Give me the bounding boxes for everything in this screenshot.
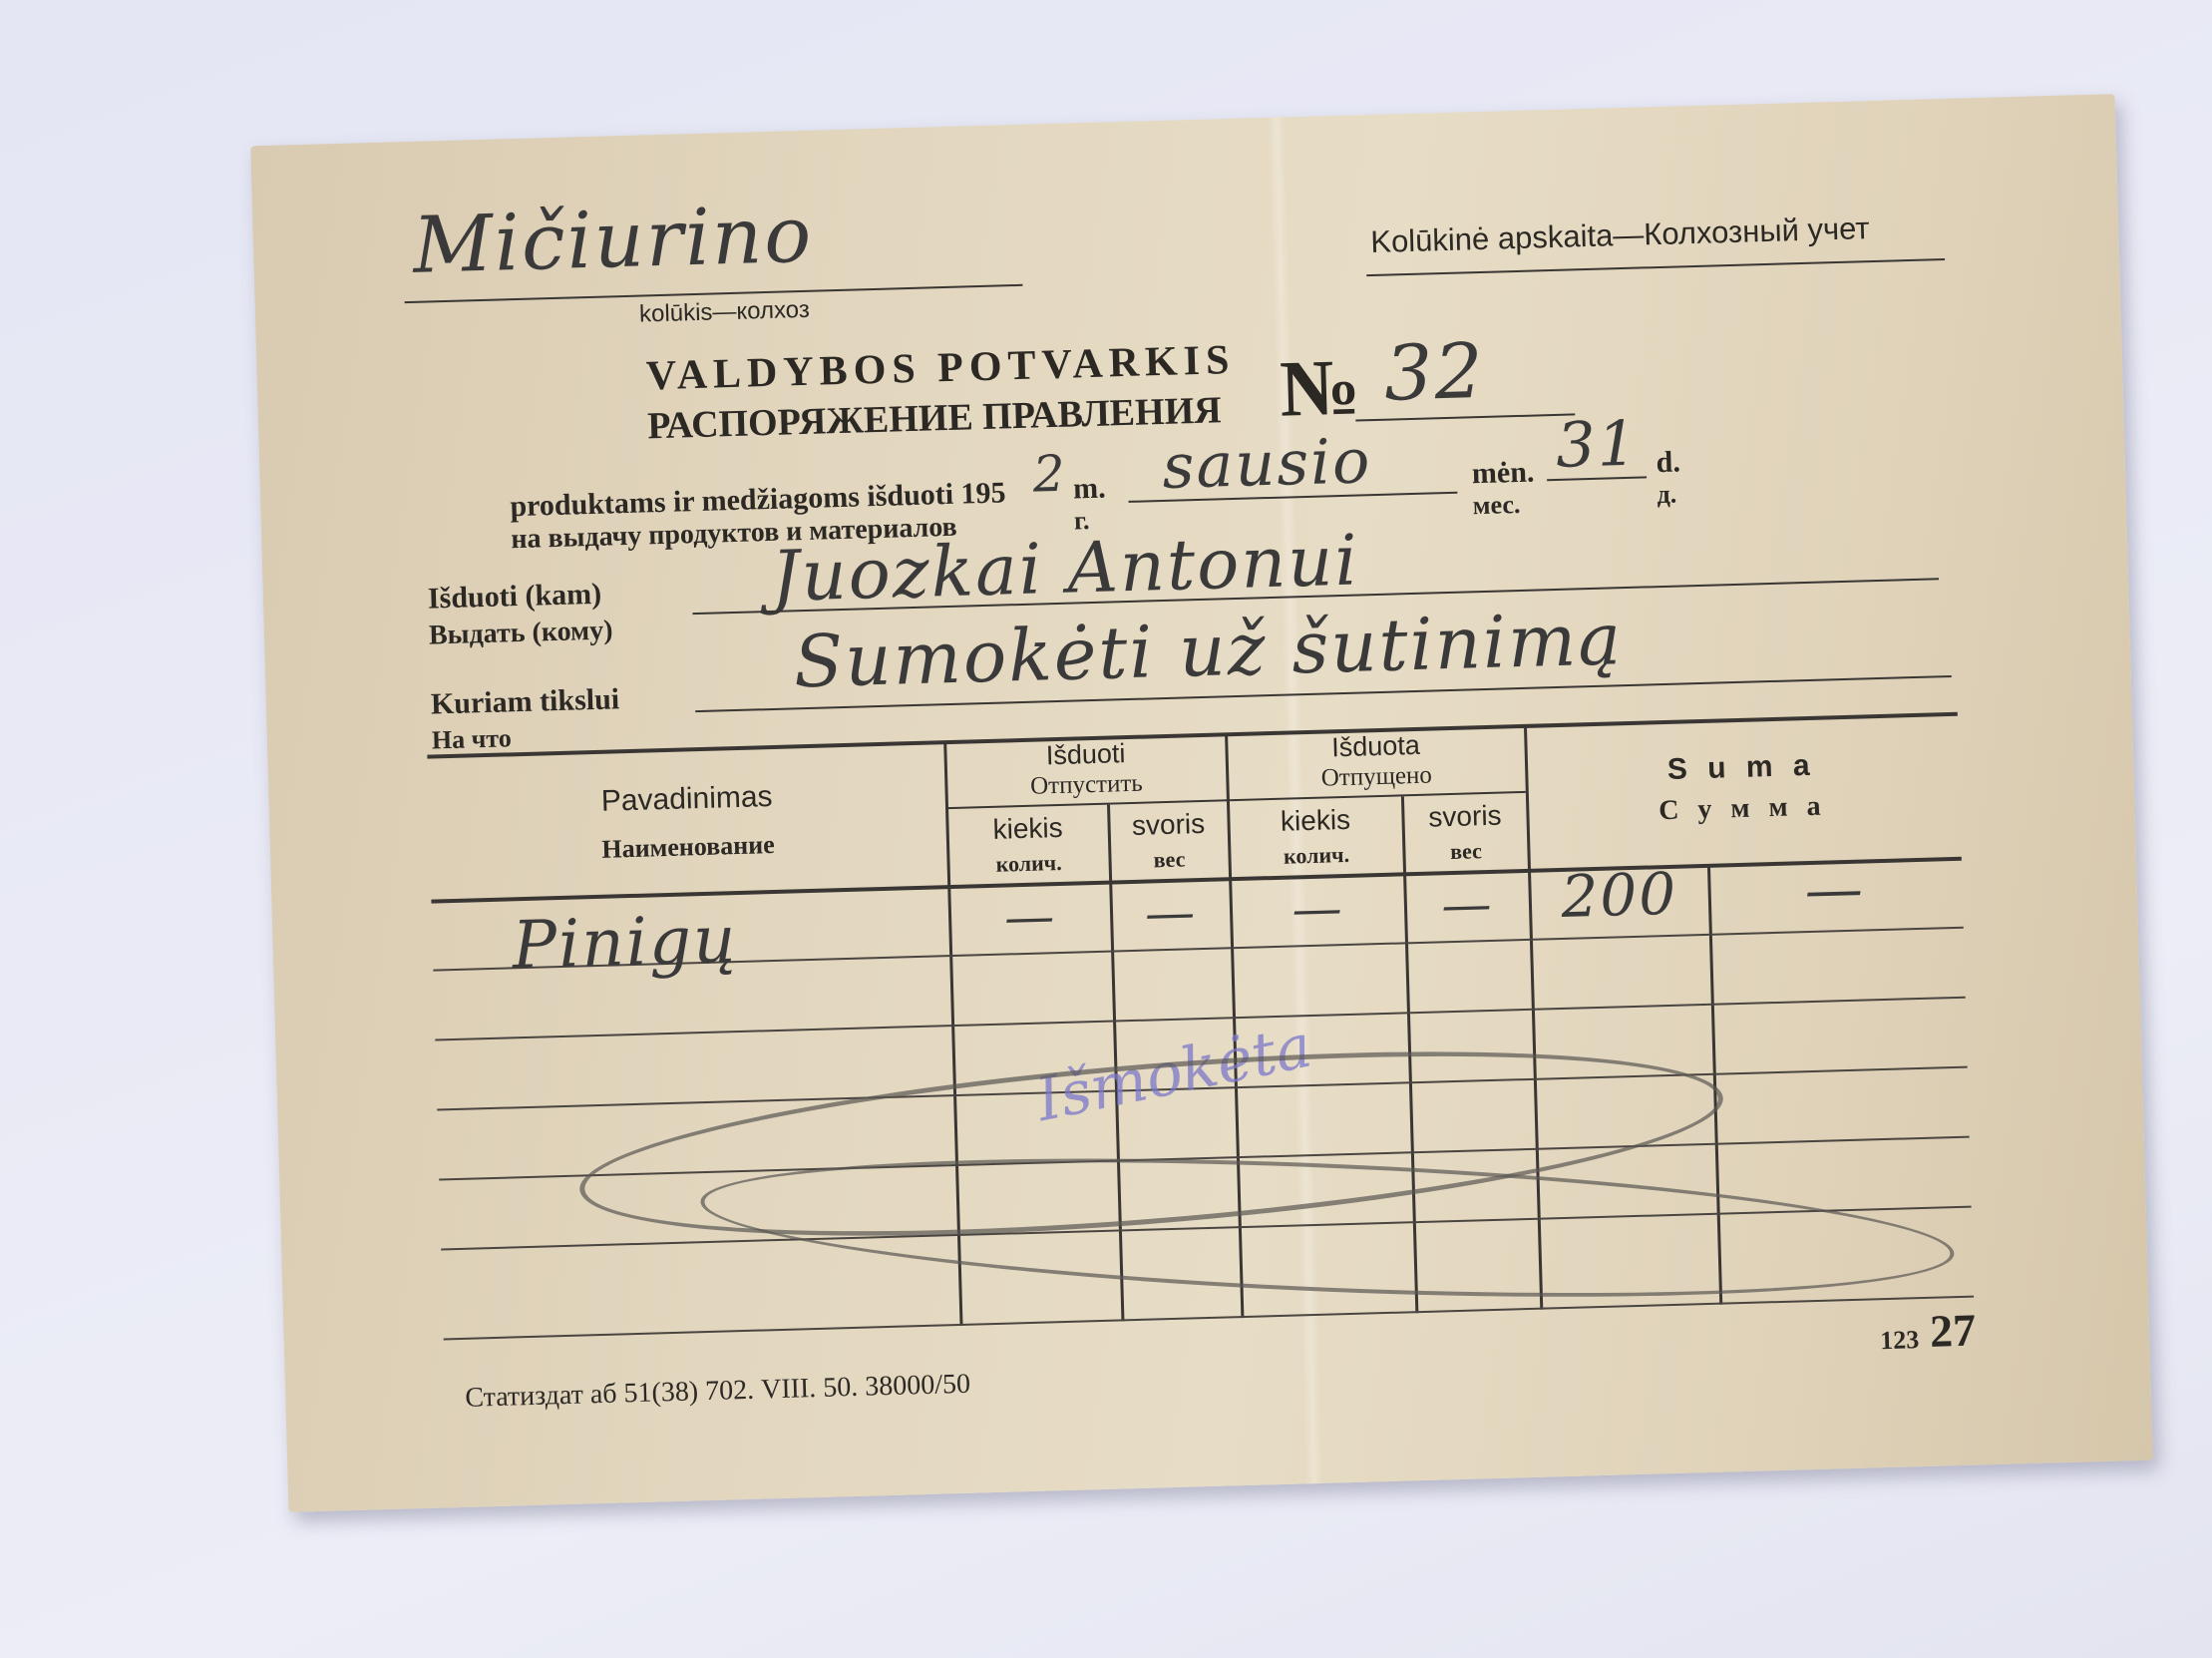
form-number-large: 27 [1929,1304,1976,1358]
purpose-field-label-lt: Kuriam tikslui [430,682,619,721]
month-handwritten: sausio [1162,424,1373,503]
row-sum-kop: — [1709,852,1961,927]
row-sum-rub: 200 [1530,859,1709,932]
sub-weight-lt-1: svoris [1109,807,1228,842]
sub-weight-ru-2: вес [1404,837,1528,866]
issue-to-label-lt: Išduoti (kam) [428,578,602,617]
sub-qty-ru-1: колич. [948,849,1109,879]
farm-name-handwritten: Mičiurino [412,191,814,291]
row-issue-weight: — [1111,882,1231,943]
col-sum-ru: С у м м а [1528,787,1958,831]
sub-qty-lt-2: kiekis [1229,802,1402,839]
row-line-6 [444,1296,1974,1340]
farm-label: kolūkis—колхоз [639,296,810,329]
printer-imprint: Статиздат аб 51(38) 702. VIII. 50. 38000… [465,1369,971,1415]
col-sum-lt: S u m a [1527,745,1957,791]
sub-qty-lt-1: kiekis [947,811,1108,847]
cross-out-scribble-2 [698,1137,1957,1318]
day-label-ru: д. [1657,480,1676,511]
issue-to-label-ru: Выдать (кому) [429,615,613,651]
row-name: Pinigų [512,901,739,984]
year-digit: 2 [1032,445,1067,504]
row-issued-qty: — [1231,877,1405,940]
document-paper: Mičiurino kolūkis—колхоз Kolūkinė apskai… [250,94,2153,1512]
purpose-field-label-ru: На что [432,723,513,755]
row-issue-qty: — [949,886,1111,948]
sub-weight-lt-2: svoris [1403,799,1527,834]
month-label-lt: mėn. [1471,456,1534,492]
col-name-lt: Pavadinimas [428,775,945,823]
accounting-underline [1366,258,1945,276]
accounting-header: Kolūkinė apskaita—Колхозный учет [1370,210,1870,260]
number-label: № [1279,342,1361,435]
day-label-lt: d. [1656,445,1680,480]
number-value: 32 [1383,326,1486,418]
form-number-small: 123 [1880,1325,1920,1356]
year-label-lt: m. [1073,472,1106,507]
sub-qty-ru-2: колич. [1230,840,1403,871]
row-issued-weight: — [1405,874,1530,935]
day-handwritten: 31 [1555,407,1640,482]
col-name-ru: Наименование [430,825,947,869]
month-label-ru: мес. [1472,490,1520,521]
sub-weight-ru-1: вес [1110,845,1229,874]
